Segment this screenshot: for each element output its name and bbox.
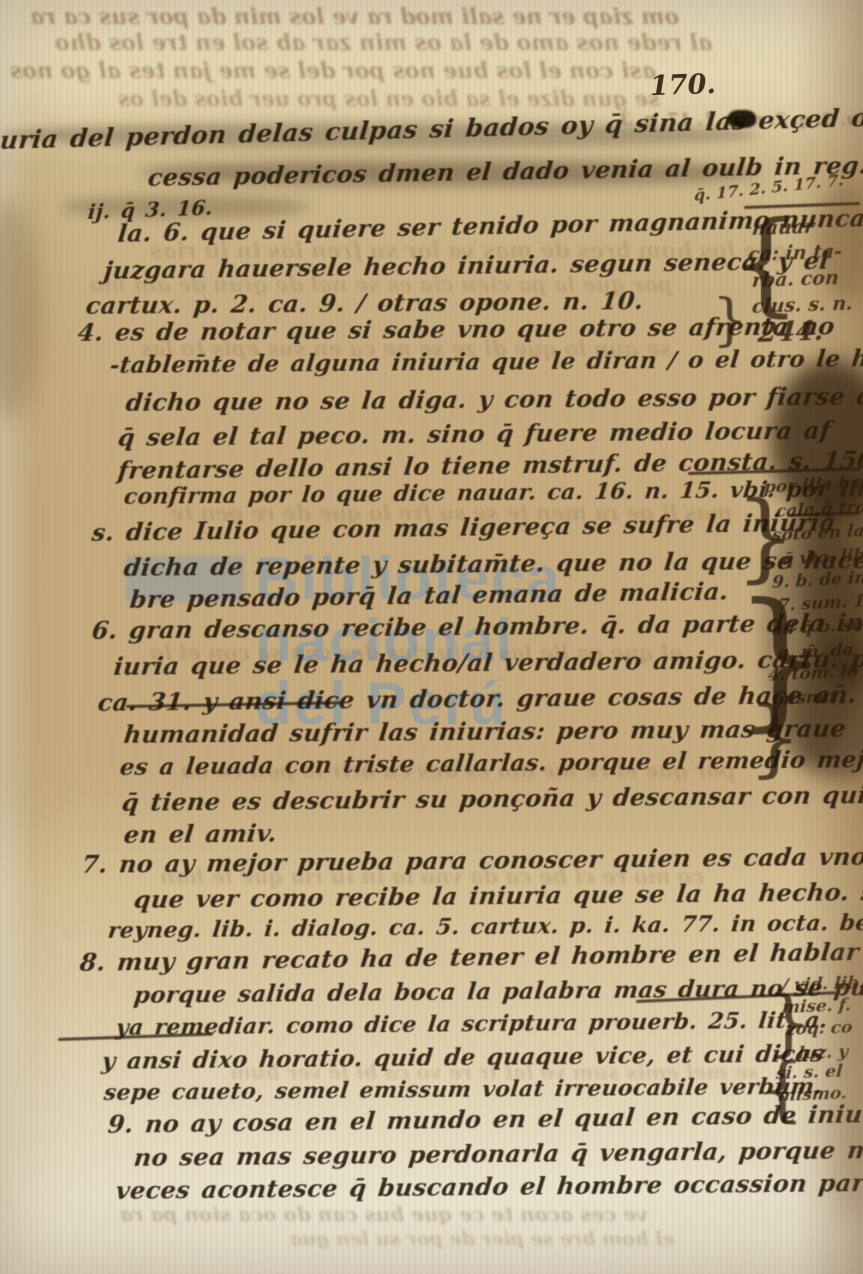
bleedthrough-line: al rede nos amo de la os min zar ab sol … xyxy=(55,30,712,56)
margin-brace: { xyxy=(760,1056,805,1123)
manuscript-line: dicho que no se la diga. y con todo esso… xyxy=(124,381,863,417)
folio-number: 170. xyxy=(649,69,716,102)
edge-stain xyxy=(0,200,40,420)
manuscript-line: no sea mas seguro perdonarla q̄ vengarla… xyxy=(132,1134,863,1172)
margin-brace: } xyxy=(735,492,796,583)
bleedthrough-line: se gun dize el sa bio en los pro uer bio… xyxy=(118,86,660,111)
bleedthrough-line: ve ces acon te ce que bus can do oca sio… xyxy=(120,1202,648,1226)
manuscript-line: -tablem̄te de alguna iniuria que le dira… xyxy=(108,345,863,379)
manuscript-line: porque salida dela boca la palabra mas d… xyxy=(132,974,863,1009)
manuscript-line: ya remediar. como dice la scriptura prou… xyxy=(115,1008,830,1041)
bleedthrough-line: asi con el los bue nos por del se me jan… xyxy=(10,58,656,84)
manuscript-line: en el amiv. xyxy=(122,819,278,849)
bleedthrough-line: el hom bre se pier de por su len gua xyxy=(290,1228,675,1250)
margin-brace: } xyxy=(766,988,812,1056)
manuscript-line: veces acontesce q̄ buscando el hombre oc… xyxy=(114,1168,863,1205)
bleedthrough-line: om ziap er ne sali mod ra ve los min da … xyxy=(30,4,679,30)
margin-brace: } xyxy=(712,294,748,347)
margin-brace: } xyxy=(748,698,801,778)
manuscript-page: Biblioteca nacional del Perú om ziap er … xyxy=(0,0,863,1274)
